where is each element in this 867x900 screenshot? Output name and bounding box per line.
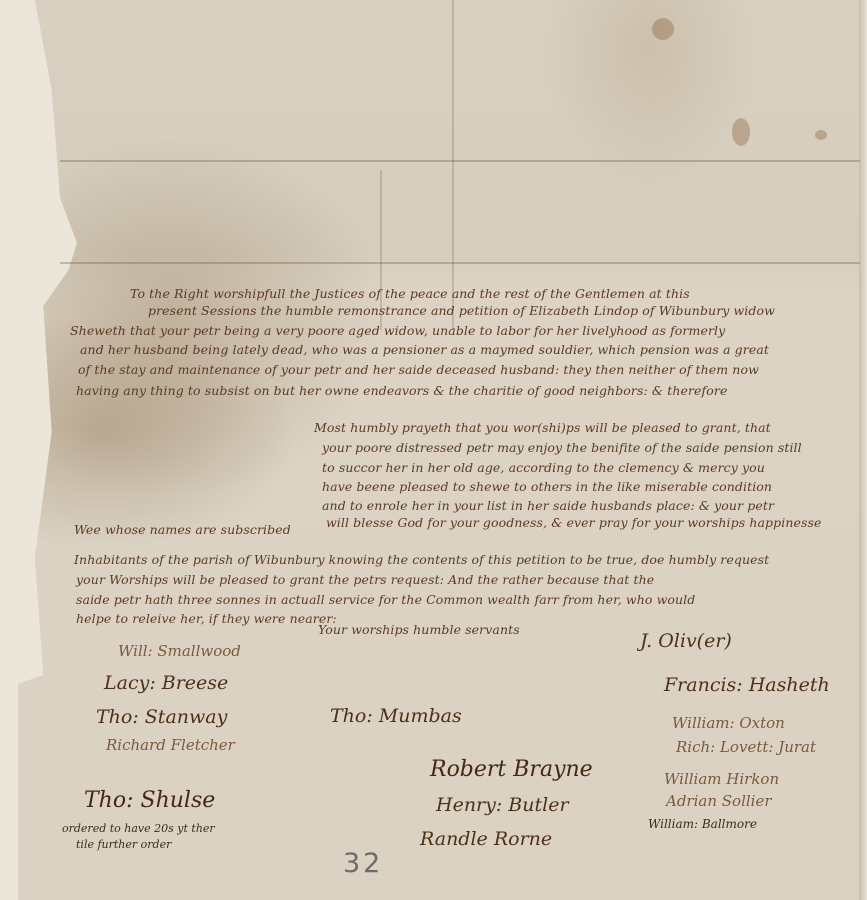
- signature: Tho: Mumbas: [330, 705, 462, 727]
- body-line-3: of the stay and maintenance of your petr…: [78, 362, 759, 377]
- signature: Tho: Shulse: [84, 788, 215, 813]
- prayer-line-4: have beene pleased to shewe to others in…: [322, 479, 772, 494]
- certification-line-5: helpe to releive her, if they were neare…: [76, 611, 337, 626]
- signature: William Hirkon: [664, 770, 779, 788]
- signature: Will: Smallwood: [118, 642, 241, 660]
- signature: Henry: Butler: [436, 794, 569, 816]
- certification-line-2: Inhabitants of the parish of Wibunbury k…: [74, 552, 769, 567]
- signature: William: Ballmore: [648, 817, 757, 831]
- body-line-1: Sheweth that your petr being a very poor…: [70, 323, 725, 338]
- stain: [732, 118, 750, 146]
- signature: Richard Fletcher: [106, 736, 235, 754]
- signature: William: Oxton: [672, 714, 785, 732]
- body-line-2: and her husband being lately dead, who w…: [80, 342, 769, 357]
- signature: Robert Brayne: [430, 757, 593, 782]
- closing-line: Your worships humble servants: [318, 622, 520, 637]
- prayer-line-2: your poore distressed petr may enjoy the…: [322, 440, 802, 455]
- fold-crease: [452, 0, 454, 330]
- address-line-2: present Sessions the humble remonstrance…: [148, 303, 775, 318]
- certification-line-4: saide petr hath three sonnes in actuall …: [76, 592, 695, 607]
- signature: Tho: Stanway: [96, 706, 227, 728]
- fold-crease: [60, 262, 860, 264]
- fold-crease: [60, 160, 860, 162]
- folio-number: 32: [343, 848, 383, 879]
- certification-line-1: Wee whose names are subscribed: [74, 522, 291, 537]
- signature: Lacy: Breese: [104, 672, 228, 694]
- address-line-1: To the Right worshipfull the Justices of…: [130, 286, 690, 301]
- signature: J. Oliv(er): [640, 630, 732, 652]
- signature: Adrian Sollier: [666, 792, 772, 810]
- stain: [652, 18, 674, 40]
- page-edge: [859, 0, 867, 900]
- order-note-line-1: ordered to have 20s yt ther: [62, 822, 215, 835]
- signature: Rich: Lovett: Jurat: [676, 738, 816, 756]
- stain: [815, 130, 827, 140]
- prayer-line-1: Most humbly prayeth that you wor(shi)ps …: [314, 420, 771, 435]
- prayer-line-6: will blesse God for your goodness, & eve…: [326, 515, 822, 530]
- prayer-line-5: and to enrole her in your list in her sa…: [322, 498, 774, 513]
- prayer-line-3: to succor her in her old age, according …: [322, 460, 765, 475]
- signature: Randle Rorne: [420, 828, 552, 850]
- body-line-4: having any thing to subsist on but her o…: [76, 383, 727, 398]
- signature: Francis: Hasheth: [664, 674, 830, 696]
- certification-line-3: your Worships will be pleased to grant t…: [76, 572, 654, 587]
- order-note-line-2: tile further order: [76, 838, 171, 851]
